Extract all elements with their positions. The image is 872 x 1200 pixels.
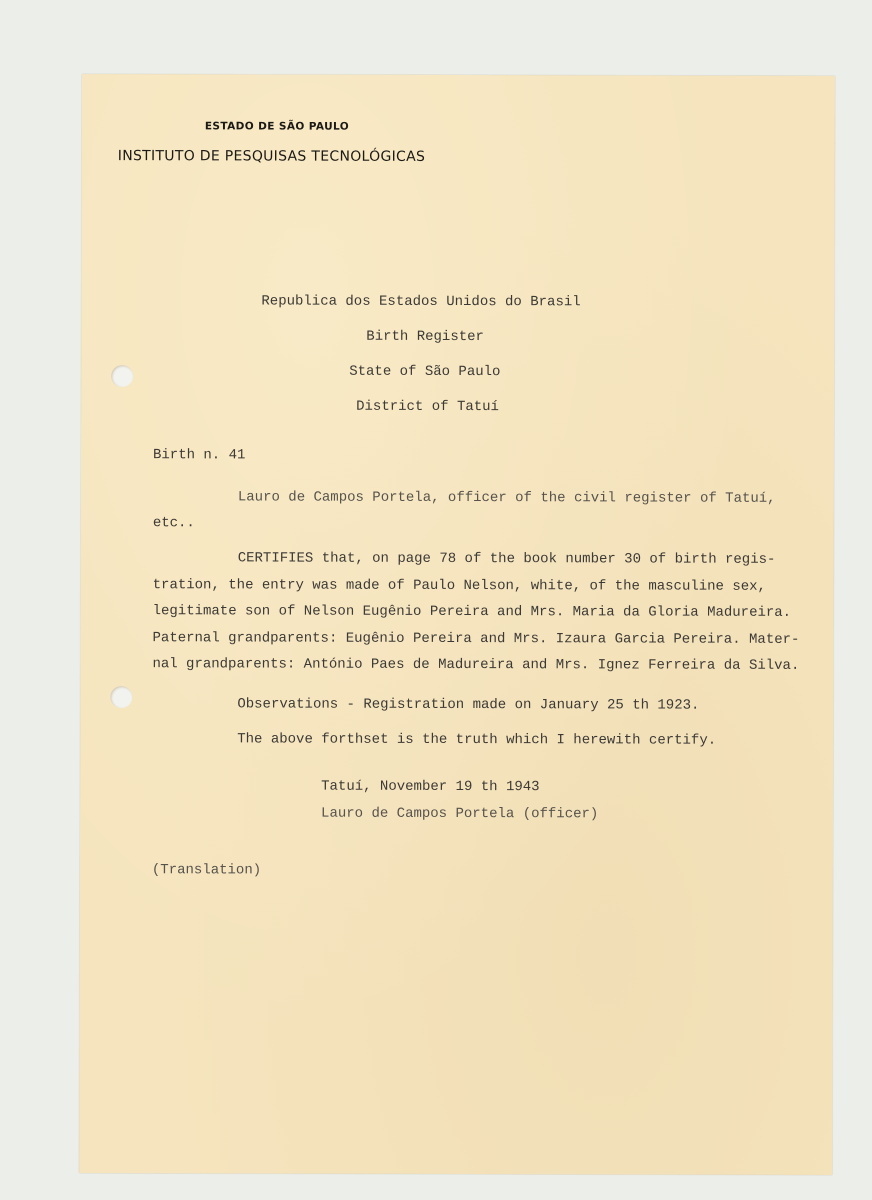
letterhead-state: ESTADO DE SÃO PAULO [205, 120, 349, 132]
certifies-line-5: nal grandparents: António Paes de Madure… [152, 655, 799, 675]
observations: Observations - Registration made on Janu… [237, 695, 699, 714]
birth-number: Birth n. 41 [153, 446, 245, 464]
intro-line-2: etc.. [153, 514, 195, 532]
certifies-line-2: tration, the entry was made of Paulo Nel… [153, 576, 766, 596]
title-republic: Republica dos Estados Unidos do Brasil [261, 292, 580, 311]
attestation: The above forthset is the truth which I … [237, 730, 716, 749]
title-state: State of São Paulo [349, 363, 500, 381]
certifies-line-1: CERTIFIES that, on page 78 of the book n… [238, 549, 776, 568]
translation-note: (Translation) [152, 861, 261, 879]
letterhead-institute: INSTITUTO DE PESQUISAS TECNOLÓGICAS [118, 148, 425, 165]
certifies-line-4: Paternal grandparents: Eugênio Pereira a… [152, 629, 799, 649]
document-page: ESTADO DE SÃO PAULO INSTITUTO DE PESQUIS… [79, 74, 835, 1175]
title-birth-register: Birth Register [366, 328, 484, 346]
title-district: District of Tatuí [356, 398, 499, 416]
signature-signer: Lauro de Campos Portela (officer) [321, 805, 598, 824]
punch-hole-bottom [110, 686, 132, 708]
intro-line-1: Lauro de Campos Portela, officer of the … [238, 488, 776, 507]
certifies-line-3: legitimate son of Nelson Eugênio Pereira… [153, 602, 792, 622]
punch-hole-top [111, 365, 133, 387]
signature-place-date: Tatuí, November 19 th 1943 [321, 778, 539, 797]
